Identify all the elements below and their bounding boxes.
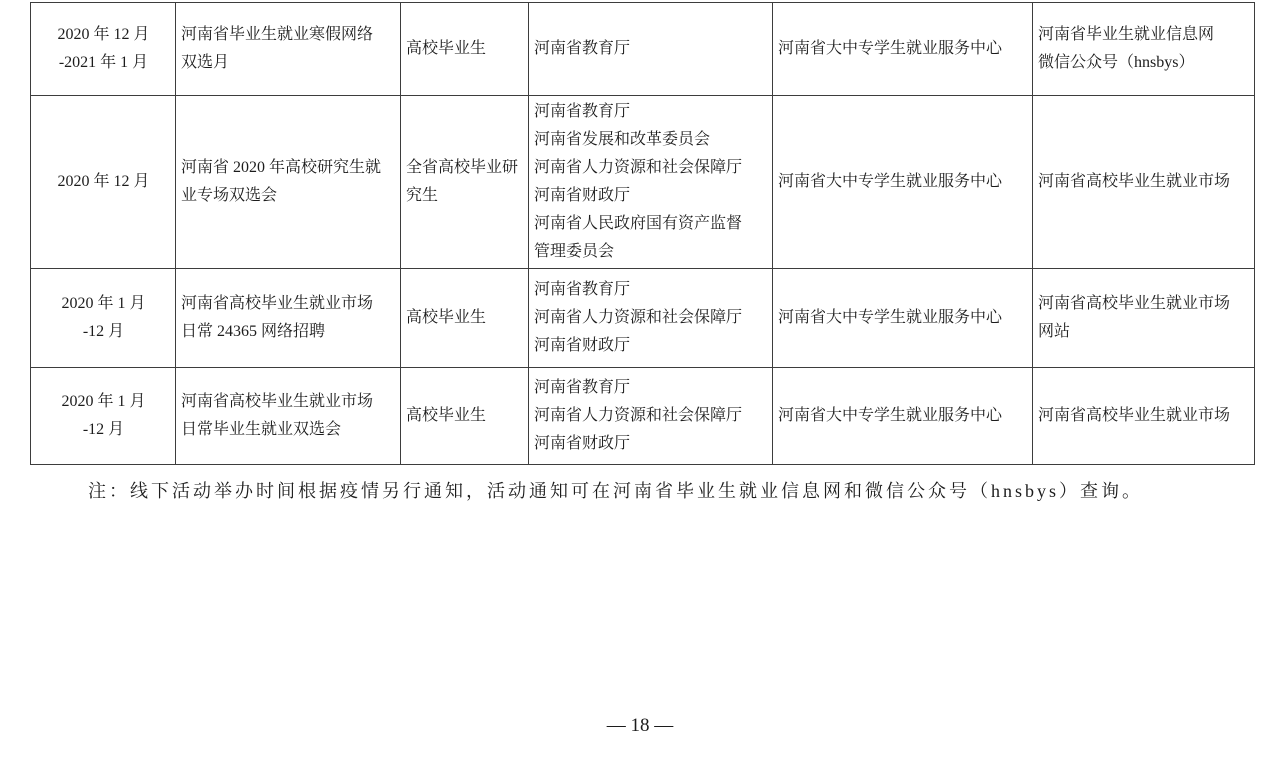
cell-event: 河南省 2020 年高校研究生就 业专场双选会	[176, 96, 401, 269]
cell-event: 河南省高校毕业生就业市场 日常 24365 网络招聘	[176, 269, 401, 368]
cell-platform: 河南省高校毕业生就业市场	[1033, 96, 1255, 269]
cell-target: 高校毕业生	[401, 3, 529, 96]
document-page: 2020 年 12 月 -2021 年 1 月 河南省毕业生就业寒假网络 双选月…	[0, 0, 1280, 758]
events-schedule-table: 2020 年 12 月 -2021 年 1 月 河南省毕业生就业寒假网络 双选月…	[30, 2, 1255, 465]
cell-time: 2020 年 12 月 -2021 年 1 月	[31, 3, 176, 96]
cell-target: 高校毕业生	[401, 269, 529, 368]
cell-time: 2020 年 1 月 -12 月	[31, 269, 176, 368]
cell-hosts: 河南省教育厅	[529, 3, 773, 96]
table-row: 2020 年 1 月 -12 月 河南省高校毕业生就业市场 日常毕业生就业双选会…	[31, 368, 1255, 465]
footnote: 注：线下活动举办时间根据疫情另行通知，活动通知可在河南省毕业生就业信息网和微信公…	[88, 478, 1218, 504]
cell-event: 河南省毕业生就业寒假网络 双选月	[176, 3, 401, 96]
cell-hosts: 河南省教育厅 河南省人力资源和社会保障厅 河南省财政厅	[529, 368, 773, 465]
cell-event: 河南省高校毕业生就业市场 日常毕业生就业双选会	[176, 368, 401, 465]
table-row: 2020 年 12 月 -2021 年 1 月 河南省毕业生就业寒假网络 双选月…	[31, 3, 1255, 96]
cell-organizer: 河南省大中专学生就业服务中心	[773, 3, 1033, 96]
cell-organizer: 河南省大中专学生就业服务中心	[773, 96, 1033, 269]
cell-organizer: 河南省大中专学生就业服务中心	[773, 368, 1033, 465]
cell-target: 高校毕业生	[401, 368, 529, 465]
cell-organizer: 河南省大中专学生就业服务中心	[773, 269, 1033, 368]
cell-platform: 河南省毕业生就业信息网 微信公众号（hnsbys）	[1033, 3, 1255, 96]
cell-hosts: 河南省教育厅 河南省人力资源和社会保障厅 河南省财政厅	[529, 269, 773, 368]
cell-time: 2020 年 1 月 -12 月	[31, 368, 176, 465]
cell-platform: 河南省高校毕业生就业市场 网站	[1033, 269, 1255, 368]
table-row: 2020 年 12 月 河南省 2020 年高校研究生就 业专场双选会 全省高校…	[31, 96, 1255, 269]
cell-hosts: 河南省教育厅 河南省发展和改革委员会 河南省人力资源和社会保障厅 河南省财政厅 …	[529, 96, 773, 269]
cell-time: 2020 年 12 月	[31, 96, 176, 269]
cell-platform: 河南省高校毕业生就业市场	[1033, 368, 1255, 465]
table-row: 2020 年 1 月 -12 月 河南省高校毕业生就业市场 日常 24365 网…	[31, 269, 1255, 368]
cell-target: 全省高校毕业研 究生	[401, 96, 529, 269]
page-number: — 18 —	[0, 715, 1280, 737]
